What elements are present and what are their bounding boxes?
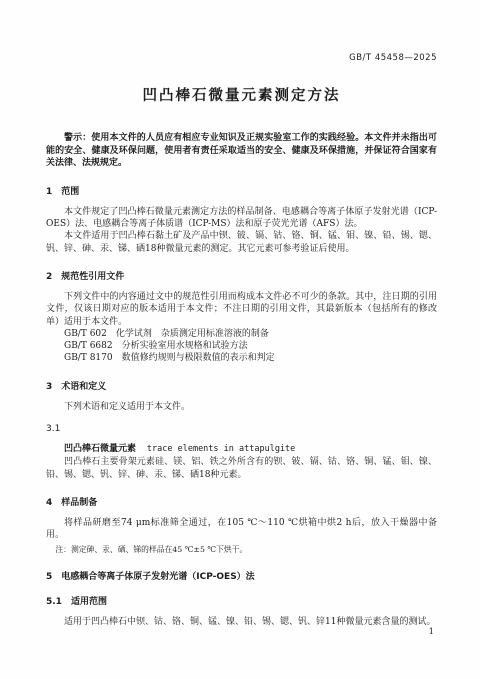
scope-paragraph-1: 本文件规定了凹凸棒石微量元素测定方法的样品制备、电感耦合等离子体原子发射光谱（I… — [46, 206, 437, 231]
page-title: 凹凸棒石微量元素测定方法 — [46, 84, 437, 105]
section-heading-normative-references: 2 规范性引用文件 — [46, 269, 437, 282]
subsection-heading-applicable-range: 5.1 适用范围 — [46, 594, 437, 607]
term-english: trace elements in attapulgite — [147, 444, 295, 454]
page-number: 1 — [429, 627, 434, 637]
section-heading-sample-preparation: 4 样品制备 — [46, 495, 437, 508]
section-icp-oes: 5 电感耦合等离子体原子发射光谱（ICP-OES）法 5.1 适用范围 适用于凹… — [46, 569, 437, 628]
section-heading-icp-oes: 5 电感耦合等离子体原子发射光谱（ICP-OES）法 — [46, 569, 437, 582]
reference-item: GB/T 8170 数值修约规则与极限数值的表示和判定 — [46, 352, 437, 364]
term-item-number: 3.1 — [46, 424, 437, 434]
section-scope: 1 范围 本文件规定了凹凸棒石微量元素测定方法的样品制备、电感耦合等离子体原子发… — [46, 184, 437, 255]
normative-references-paragraph: 下列文件中的内容通过文中的规范性引用而构成本文件必不可少的条款。其中，注日期的引… — [46, 291, 437, 328]
reference-item: GB/T 6682 分析实验室用水规格和试验方法 — [46, 340, 437, 352]
section-terms: 3 术语和定义 下列术语和定义适用于本文件。 3.1 凹凸棒石微量元素 trac… — [46, 379, 437, 481]
standard-number: GB/T 45458—2025 — [46, 53, 437, 63]
warning-paragraph: 警示：使用本文件的人员应有相应专业知识及正规实验室工作的实践经验。本文件并未指出… — [46, 132, 437, 170]
term-definition: 凹凸棒石主要骨架元素硅、镁、铝、铁之外所含有的钡、铍、镉、钴、铬、铜、锰、钼、镍… — [46, 456, 437, 481]
document-page: GB/T 45458—2025 凹凸棒石微量元素测定方法 警示：使用本文件的人员… — [0, 0, 480, 679]
section-normative-references: 2 规范性引用文件 下列文件中的内容通过文中的规范性引用而构成本文件必不可少的条… — [46, 269, 437, 365]
term-entry: 凹凸棒石微量元素 trace elements in attapulgite — [46, 443, 437, 455]
section-heading-terms: 3 术语和定义 — [46, 379, 437, 392]
icp-oes-applicable-range-paragraph: 适用于凹凸棒石中钡、钴、铬、铜、锰、镍、铅、锡、锶、钒、锌11种微量元素含量的测… — [46, 616, 437, 628]
scope-paragraph-2: 本文件适用于凹凸棒石黏土矿及产品中钡、铍、镉、钴、铬、铜、锰、钼、镍、铅、锡、锶… — [46, 230, 437, 255]
reference-item: GB/T 602 化学试剂 杂质测定用标准溶液的制备 — [46, 328, 437, 340]
terms-intro-paragraph: 下列术语和定义适用于本文件。 — [46, 401, 437, 413]
term-chinese: 凹凸棒石微量元素 — [64, 444, 136, 454]
section-sample-preparation: 4 样品制备 将样品研磨至74 μm标准筛全通过，在105 ℃～110 ℃烘箱中… — [46, 495, 437, 555]
section-heading-scope: 1 范围 — [46, 184, 437, 197]
sample-preparation-paragraph: 将样品研磨至74 μm标准筛全通过，在105 ℃～110 ℃烘箱中烘2 h后，放… — [46, 517, 437, 542]
sample-preparation-note: 注：测定砷、汞、硒、锑的样品在45 ℃±5 ℃下烘干。 — [46, 544, 437, 555]
